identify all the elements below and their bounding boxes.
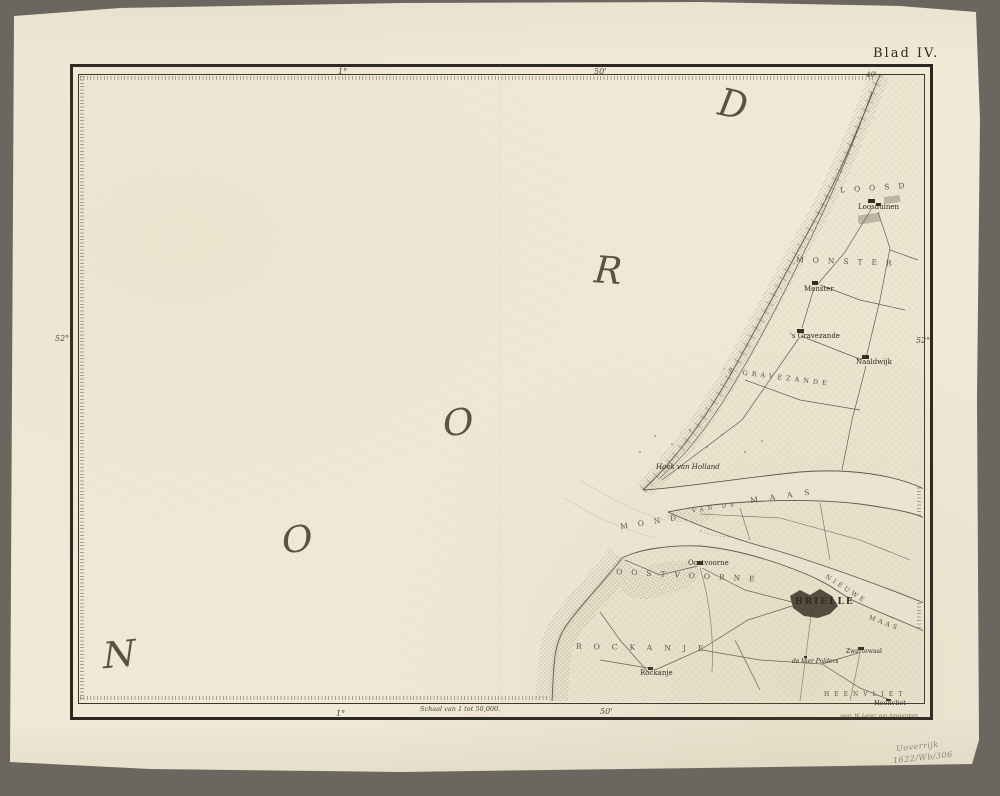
- town-label-gravezande: 's Gravezande: [790, 333, 840, 340]
- town-label-hoek-van-holland: Hoek van Holland: [656, 464, 720, 471]
- noord-letter-o2: O: [441, 402, 475, 443]
- town-label-zwartewaal: Zwartewaal: [846, 649, 882, 655]
- engraver-imprint: gegr. W. Leijer van Amsterdam: [840, 714, 918, 719]
- fold-crease: [498, 66, 501, 714]
- town-label-loosduinen: Loosduinen: [858, 204, 899, 211]
- graticule-top-50min: 50': [594, 68, 606, 76]
- graticule-left-52deg: 52°: [55, 335, 69, 343]
- graticule-bottom-1deg: 1°: [336, 710, 345, 718]
- graticule-top-40min: 40': [866, 72, 877, 79]
- town-label-heenvliet: Heenvliet: [874, 700, 906, 707]
- graticule-top-1deg: 1°: [338, 68, 347, 76]
- town-label-brielle: BRIELLE: [795, 598, 855, 607]
- town-label-monster: Monster: [804, 286, 834, 293]
- scanned-map-sheet: { "sheet": { "title": "Blad IV.", "scale…: [0, 0, 1000, 796]
- town-label-naaldwijk: Naaldwijk: [856, 359, 892, 366]
- land-northwest: [643, 75, 924, 490]
- graticule-bottom-50min: 50': [600, 708, 612, 716]
- town-label-rockanje: Rockanje: [640, 670, 673, 677]
- noord-letter-o1: O: [280, 519, 314, 560]
- scale-text: Schaal van 1 tot 50,000.: [420, 706, 500, 713]
- graticule-right-52deg: 52°: [916, 337, 930, 345]
- town-label-oostvoorne: Oostvoorne: [688, 560, 729, 567]
- noord-letter-n: N: [100, 634, 138, 674]
- town-label-vier-polders: de Vier Polders: [792, 659, 838, 665]
- region-label-heenvliet: HEENVLIET: [824, 692, 907, 698]
